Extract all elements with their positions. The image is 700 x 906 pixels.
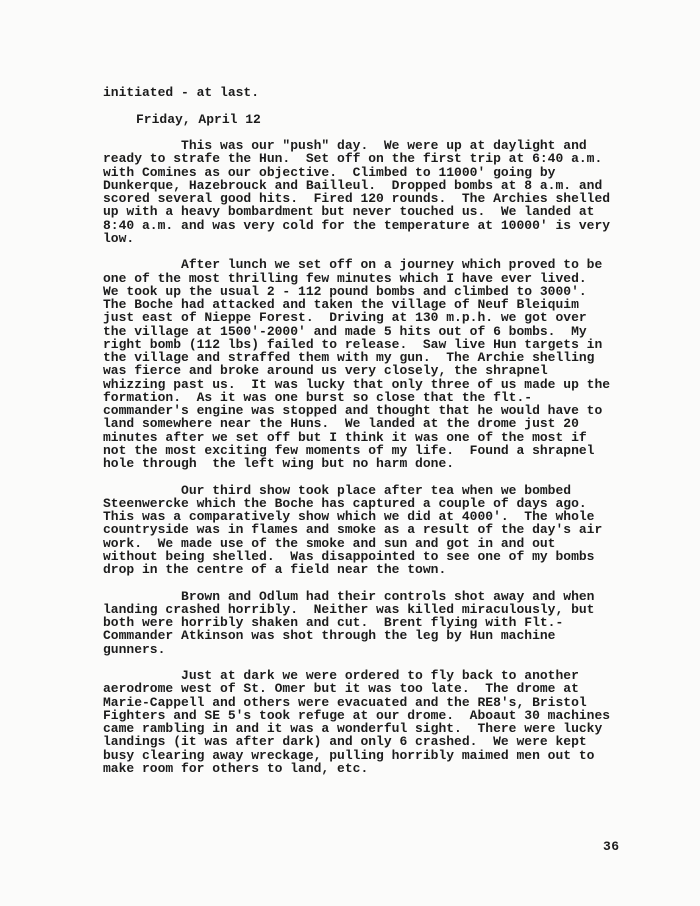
page-number: 36 [603,840,620,853]
diary-paragraph-2: After lunch we set off on a journey whic… [103,258,663,470]
diary-paragraph-1: This was our "push" day. We were up at d… [103,139,663,245]
continuation-line: initiated - at last. [103,86,663,99]
date-heading: Friday, April 12 [103,113,663,126]
diary-paragraph-5: Just at dark we were ordered to fly back… [103,669,663,775]
page-text-block: initiated - at last. Friday, April 12 Th… [103,86,663,788]
diary-paragraph-4: Brown and Odlum had their controls shot … [103,590,663,656]
scanned-diary-page: initiated - at last. Friday, April 12 Th… [0,0,700,906]
diary-paragraph-3: Our third show took place after tea when… [103,484,663,577]
